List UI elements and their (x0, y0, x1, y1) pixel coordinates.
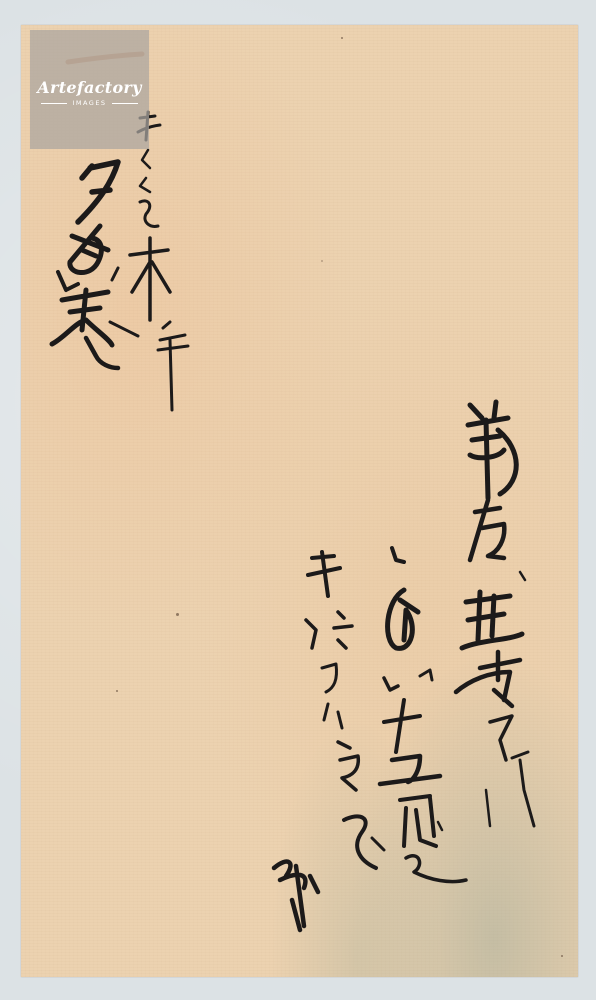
watermark-subtitle-row: IMAGES (41, 99, 137, 107)
paper-speck (321, 260, 323, 262)
artefactory-watermark: Artefactory IMAGES (30, 30, 149, 149)
watermark-subtitle: IMAGES (72, 99, 106, 107)
paper-speck (116, 690, 118, 692)
paper-speck (341, 37, 343, 39)
watermark-rule-left (41, 103, 67, 104)
watermark-title: Artefactory (37, 78, 142, 97)
letter-paper (21, 25, 578, 977)
watermark-rule-right (112, 103, 138, 104)
paper-speck (176, 613, 179, 616)
paper-speck (561, 955, 563, 957)
